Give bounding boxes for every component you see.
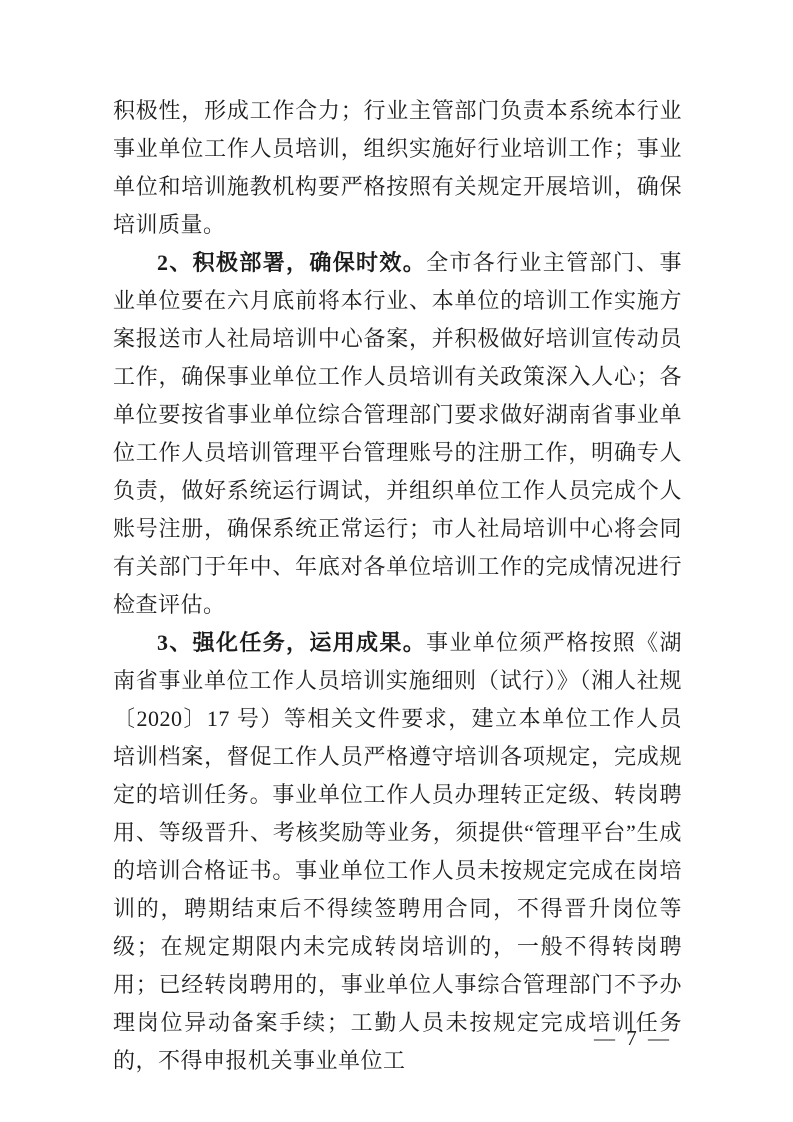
paragraph-item-2-text: 全市各行业主管部门、事业单位要在六月底前将本行业、本单位的培训工作实施方案报送市… — [113, 250, 682, 617]
paragraph-item-3-text: 事业单位须严格按照《湖南省事业单位工作人员培训实施细则（试行）》（湘人社规〔20… — [113, 630, 682, 1073]
document-body: 积极性，形成工作合力；行业主管部门负责本系统本行业事业单位工作人员培训，组织实施… — [113, 92, 682, 1080]
document-page: 积极性，形成工作合力；行业主管部门负责本系统本行业事业单位工作人员培训，组织实施… — [0, 0, 793, 1122]
paragraph-continuation: 积极性，形成工作合力；行业主管部门负责本系统本行业事业单位工作人员培训，组织实施… — [113, 92, 682, 244]
paragraph-item-2-lead: 2、积极部署，确保时效。 — [157, 250, 426, 275]
page-number: — 7 — — [594, 1026, 672, 1050]
paragraph-item-3: 3、强化任务，运用成果。事业单位须严格按照《湖南省事业单位工作人员培训实施细则（… — [113, 624, 682, 1080]
paragraph-continuation-text: 积极性，形成工作合力；行业主管部门负责本系统本行业事业单位工作人员培训，组织实施… — [113, 98, 682, 237]
paragraph-item-2: 2、积极部署，确保时效。全市各行业主管部门、事业单位要在六月底前将本行业、本单位… — [113, 244, 682, 624]
paragraph-item-3-lead: 3、强化任务，运用成果。 — [157, 630, 426, 655]
